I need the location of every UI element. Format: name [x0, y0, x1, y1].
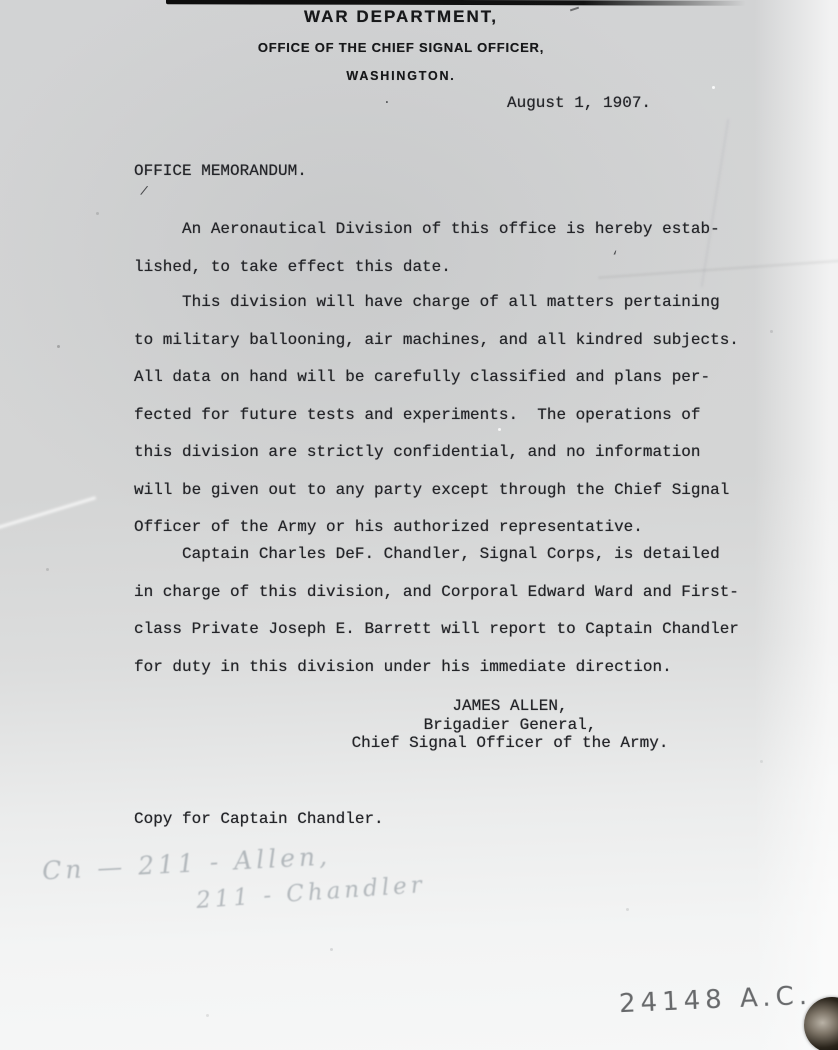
letterhead-office-line: OFFICE OF THE CHIEF SIGNAL OFFICER, [1, 40, 801, 55]
stray-mark-slash: / [139, 184, 149, 198]
document-photo: WAR DEPARTMENT, OFFICE OF THE CHIEF SIGN… [0, 0, 838, 1050]
dust-speck [330, 948, 333, 951]
dust-speck [57, 345, 60, 348]
letterhead-washington: WASHINGTON. [1, 69, 801, 83]
dust-speck-white [712, 86, 715, 89]
paragraph-charge: This division will have charge of all ma… [134, 284, 766, 547]
dust-speck [626, 908, 629, 911]
archive-number: 24148 A.C. [618, 981, 812, 1019]
dust-speck [46, 568, 49, 571]
dust-speck-white [498, 428, 501, 431]
dust-speck [96, 212, 99, 215]
subject-line: OFFICE MEMORANDUM. [134, 161, 307, 181]
date-line: August 1, 1907. [507, 94, 651, 112]
dust-speck [760, 760, 763, 763]
letterhead: WAR DEPARTMENT, OFFICE OF THE CHIEF SIGN… [1, 0, 801, 95]
stray-mark-dot: . [383, 93, 391, 106]
stray-mark-apostrophe: ‘ [611, 250, 619, 263]
pencil-annotation-line1: Cn — 211 - Allen, [41, 841, 331, 885]
paragraph-personnel: Captain Charles DeF. Chandler, Signal Co… [134, 536, 766, 686]
paper-crease-left [0, 496, 96, 530]
letterhead-war-department: WAR DEPARTMENT, [1, 7, 801, 27]
copy-note: Copy for Captain Chandler. [134, 809, 384, 829]
dust-speck [206, 1014, 209, 1017]
paragraph-establishment: An Aeronautical Division of this office … [134, 211, 766, 286]
pencil-annotation-line2: 211 - Chandler [195, 872, 426, 914]
dust-speck [770, 330, 773, 333]
signature-block: JAMES ALLEN, Brigadier General, Chief Si… [340, 697, 680, 753]
